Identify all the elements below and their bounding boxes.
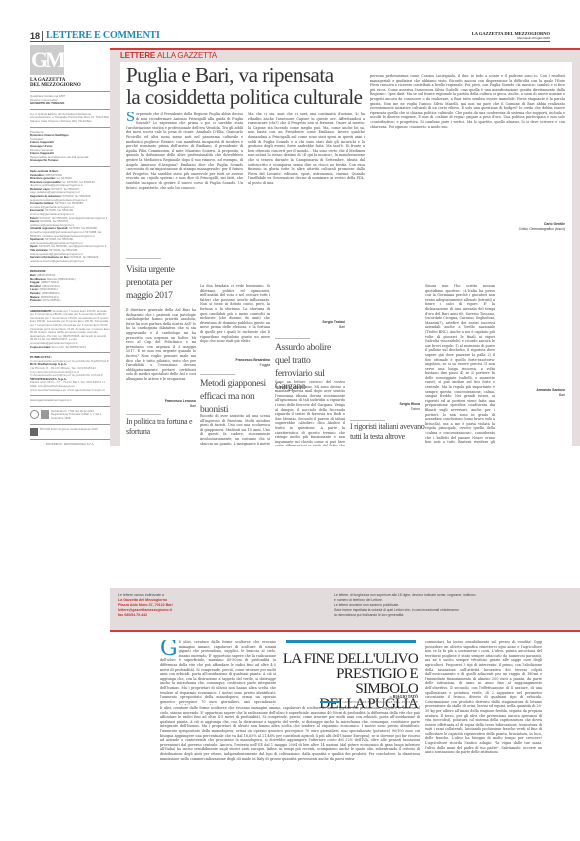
abbonamenti-block: ABBONAMENTI: Annuale per 7 numeri Euro 3…: [30, 310, 110, 354]
letter-body-gargano: Sono un lettore «estivo» del vostro sple…: [275, 380, 345, 446]
main-letter-col3: persona perbenissima come Cosimo Lacirig…: [370, 74, 565, 219]
imprint-sidebar: GM LA GAZZETTADEL MEZZOGIORNO Quotidiano…: [30, 45, 110, 446]
readership-block: 654.000 lettori al giorno media Audipres…: [30, 428, 110, 440]
letter-signature-visita: Francesco LerussoBari: [126, 399, 196, 408]
gm-logo-icon: GM: [30, 45, 64, 75]
blue-rule: [286, 640, 416, 643]
divider: [126, 414, 161, 415]
publisher-block: S.p.A. Edisud Editrice del Sud-Edisud Re…: [30, 113, 110, 128]
masthead: LA GAZZETTA DEL MEZZOGIORNO Mercoledì 13…: [472, 31, 550, 41]
issue-date: Mercoledì 13 luglio 2016: [472, 36, 550, 41]
letter-body-politica: La dea bendata ci vede benissimo. Si dil…: [200, 284, 270, 356]
page-number: 18: [30, 31, 43, 41]
red-rule: [110, 48, 580, 50]
letter-title-giapponesi: Metodi giapponesi efficaci ma non buonis…: [200, 378, 270, 417]
seal-icon: [30, 410, 39, 419]
section-title: LETTERE E COMMENTI: [46, 31, 160, 41]
ownership: PROPRIETA': MEDITERRANEA S.P.A.: [30, 443, 110, 447]
letters-panel: LETTERE ALLA GAZZETTA Puglia e Bari, va …: [110, 48, 580, 446]
certification-block: Certificato N. 7709 del 16-12-2013 Regis…: [30, 410, 110, 425]
article-byline: di BIAGIO TATÒ GIÀ SENATORE E CONSIGLIER…: [280, 695, 418, 704]
article-col1-top: Gli ulivi, creature dalle forme scultore…: [160, 640, 276, 705]
letters-address: Le lettere vanno indirizzate a La Gazzet…: [118, 593, 173, 618]
letter-body-giapponesi: Ricordo di aver assistito ad una scena a…: [200, 414, 270, 446]
redazioni-block: REDAZIONI Bari: (080/5470400) Nordbarese…: [30, 270, 110, 306]
main-letter-title: Puglia e Bari, va ripensata la cosiddett…: [126, 64, 362, 108]
main-letter-col2: Ma che ci sia, anzi che ci sarà una cont…: [248, 112, 365, 222]
article-col1-body: li ulivi, creature dalle forme scultoree…: [160, 706, 420, 814]
director-block: Quotidiano fondato nel 1887 Direttore re…: [30, 95, 110, 110]
main-letter-col1: Sorprende che il Presidente della Region…: [126, 112, 243, 272]
fieg-icon: [41, 410, 49, 419]
letter-signature-giapponesi: Sergio TroianiBari: [275, 320, 345, 329]
divider: [200, 374, 235, 375]
letter-title-rigoristi: I rigoristi italiani avevano tutti la te…: [350, 422, 425, 442]
letter-signature-politica: Francesco BesardinoFoggia: [200, 358, 270, 367]
divider: [275, 338, 310, 339]
main-letter-signature: Carlo GentileCritico Cinematografico (sn…: [470, 222, 565, 231]
article-col2: comunitari, ha inciso sensibilmente sul …: [425, 640, 542, 814]
letter-title-visita: Visita urgente prenotata per maggio 2017: [126, 264, 196, 303]
divider: [350, 420, 385, 421]
byline-rule: [320, 701, 340, 703]
contacts-block: Sede centrale di Bari: Centralino: 080/5…: [30, 170, 110, 267]
paper-name: LA GAZZETTADEL MEZZOGIORNO: [30, 78, 110, 92]
letter-body-visita: Il direttore generale della Asl Bari ha …: [126, 308, 196, 398]
article-dropcap: G: [160, 640, 178, 658]
website-link[interactable]: www.lagazzettadelmezzogiorno.it: [30, 399, 110, 407]
letter-body-rigoristi: Sinora non l'ho scritto nessun quotidian…: [425, 284, 495, 444]
letters-content: Puglia e Bari, va ripensata la cosiddett…: [120, 62, 572, 446]
letters-kicker: LETTERE ALLA GAZZETTA: [120, 51, 217, 60]
pubblicita-block: PUBBLICITA': Concessionaria esclusiva pe…: [30, 356, 110, 396]
letters-rules: Le lettere, di lunghezza non superiore a…: [334, 593, 476, 618]
letter-title-politica: In politica tra fortuna e sfortuna: [126, 417, 196, 437]
letter-signature-rigoristi: Armando SantoroBari: [500, 388, 565, 397]
letters-info-box: Le lettere vanno indirizzate a La Gazzet…: [110, 588, 580, 632]
divider: [126, 258, 161, 259]
dropcap: S: [126, 112, 135, 123]
audipress-icon: [30, 428, 38, 436]
letter-signature-gargano: Sergio RiccaTorino: [350, 402, 420, 411]
page-header: 18 LETTERE E COMMENTI LA GAZZETTA DEL ME…: [30, 28, 550, 42]
board-block: Presidente:Domenico Ciancio Sanfilippo C…: [30, 131, 110, 167]
